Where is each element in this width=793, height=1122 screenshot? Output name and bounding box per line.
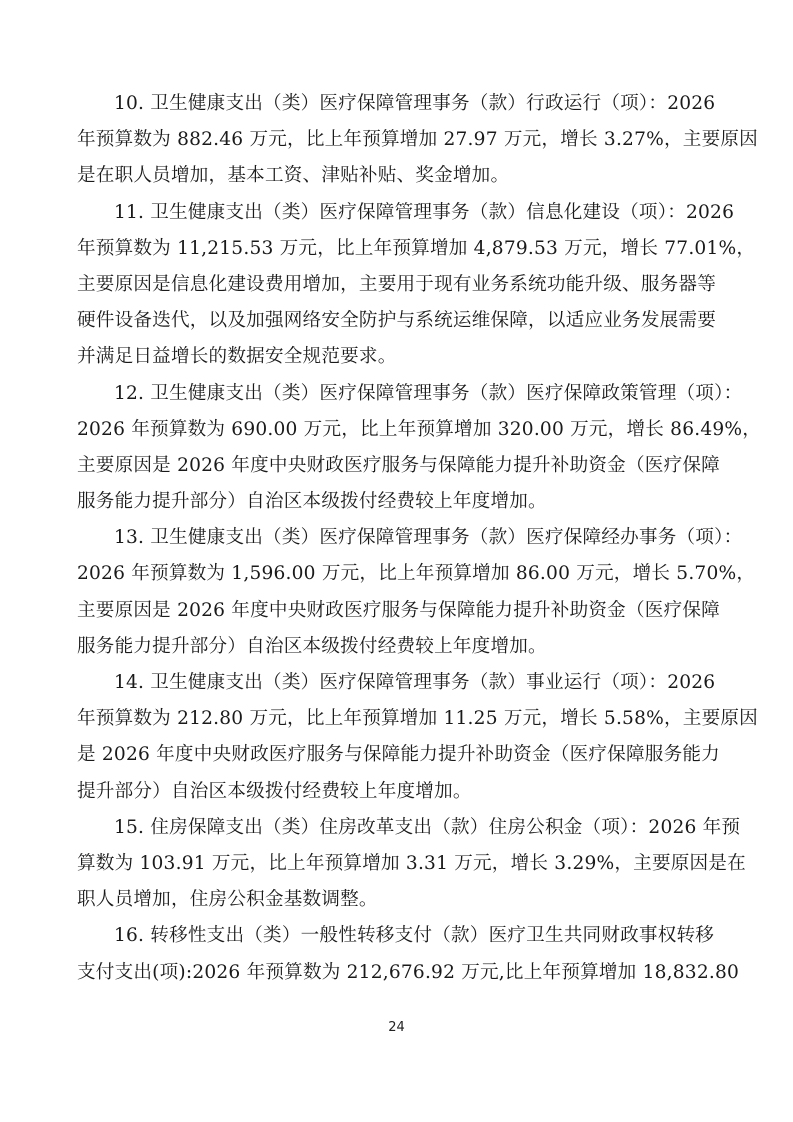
paragraph-line: 职人员增加，住房公积金基数调整。 <box>77 882 707 918</box>
paragraph-item-14: 14. 卫生健康支出（类）医疗保障管理事务（款）事业运行（项）：2026 年预算… <box>77 665 707 810</box>
paragraph-line: 年预算数为 11,215.53 万元，比上年预算增加 4,879.53 万元，增… <box>77 231 707 267</box>
paragraph-line: 16. 转移性支出（类）一般性转移支付（款）医疗卫生共同财政事权转移 <box>77 918 707 954</box>
paragraph-line: 算数为 103.91 万元，比上年预算增加 3.31 万元，增长 3.29%，主… <box>77 846 707 882</box>
paragraph-line: 主要原因是信息化建设费用增加，主要用于现有业务系统功能升级、服务器等 <box>77 267 707 303</box>
paragraph-line: 15. 住房保障支出（类）住房改革支出（款）住房公积金（项）：2026 年预 <box>77 810 707 846</box>
paragraph-line: 11. 卫生健康支出（类）医疗保障管理事务（款）信息化建设（项）：2026 <box>77 195 707 231</box>
paragraph-line: 并满足日益增长的数据安全规范要求。 <box>77 339 707 375</box>
page-number: 24 <box>0 1020 793 1035</box>
paragraph-item-13: 13. 卫生健康支出（类）医疗保障管理事务（款）医疗保障经办事务（项）： 202… <box>77 520 707 665</box>
paragraph-line: 主要原因是 2026 年度中央财政医疗服务与保障能力提升补助资金（医疗保障 <box>77 593 707 629</box>
paragraph-line: 年预算数为 882.46 万元，比上年预算增加 27.97 万元，增长 3.27… <box>77 122 707 158</box>
paragraph-item-16: 16. 转移性支出（类）一般性转移支付（款）医疗卫生共同财政事权转移 支付支出(… <box>77 918 707 990</box>
paragraph-item-11: 11. 卫生健康支出（类）医疗保障管理事务（款）信息化建设（项）：2026 年预… <box>77 195 707 376</box>
paragraph-line: 年预算数为 212.80 万元，比上年预算增加 11.25 万元，增长 5.58… <box>77 701 707 737</box>
document-body: 10. 卫生健康支出（类）医疗保障管理事务（款）行政运行（项）：2026 年预算… <box>77 86 707 991</box>
paragraph-item-12: 12. 卫生健康支出（类）医疗保障管理事务（款）医疗保障政策管理（项）： 202… <box>77 376 707 521</box>
paragraph-item-15: 15. 住房保障支出（类）住房改革支出（款）住房公积金（项）：2026 年预 算… <box>77 810 707 919</box>
document-page: 10. 卫生健康支出（类）医疗保障管理事务（款）行政运行（项）：2026 年预算… <box>0 0 793 1122</box>
paragraph-line: 12. 卫生健康支出（类）医疗保障管理事务（款）医疗保障政策管理（项）： <box>77 376 707 412</box>
paragraph-line: 10. 卫生健康支出（类）医疗保障管理事务（款）行政运行（项）：2026 <box>77 86 707 122</box>
paragraph-line: 主要原因是 2026 年度中央财政医疗服务与保障能力提升补助资金（医疗保障 <box>77 448 707 484</box>
paragraph-line: 14. 卫生健康支出（类）医疗保障管理事务（款）事业运行（项）：2026 <box>77 665 707 701</box>
paragraph-line: 硬件设备迭代，以及加强网络安全防护与系统运维保障，以适应业务发展需要 <box>77 303 707 339</box>
paragraph-line: 2026 年预算数为 690.00 万元，比上年预算增加 320.00 万元，增… <box>77 412 707 448</box>
paragraph-line: 支付支出(项):2026 年预算数为 212,676.92 万元,比上年预算增加… <box>77 955 707 991</box>
paragraph-line: 是在职人员增加，基本工资、津贴补贴、奖金增加。 <box>77 158 707 194</box>
paragraph-line: 服务能力提升部分）自治区本级拨付经费较上年度增加。 <box>77 484 707 520</box>
paragraph-line: 提升部分）自治区本级拨付经费较上年度增加。 <box>77 774 707 810</box>
paragraph-line: 2026 年预算数为 1,596.00 万元，比上年预算增加 86.00 万元，… <box>77 556 707 592</box>
paragraph-line: 13. 卫生健康支出（类）医疗保障管理事务（款）医疗保障经办事务（项）： <box>77 520 707 556</box>
paragraph-line: 服务能力提升部分）自治区本级拨付经费较上年度增加。 <box>77 629 707 665</box>
paragraph-item-10: 10. 卫生健康支出（类）医疗保障管理事务（款）行政运行（项）：2026 年预算… <box>77 86 707 195</box>
paragraph-line: 是 2026 年度中央财政医疗服务与保障能力提升补助资金（医疗保障服务能力 <box>77 737 707 773</box>
